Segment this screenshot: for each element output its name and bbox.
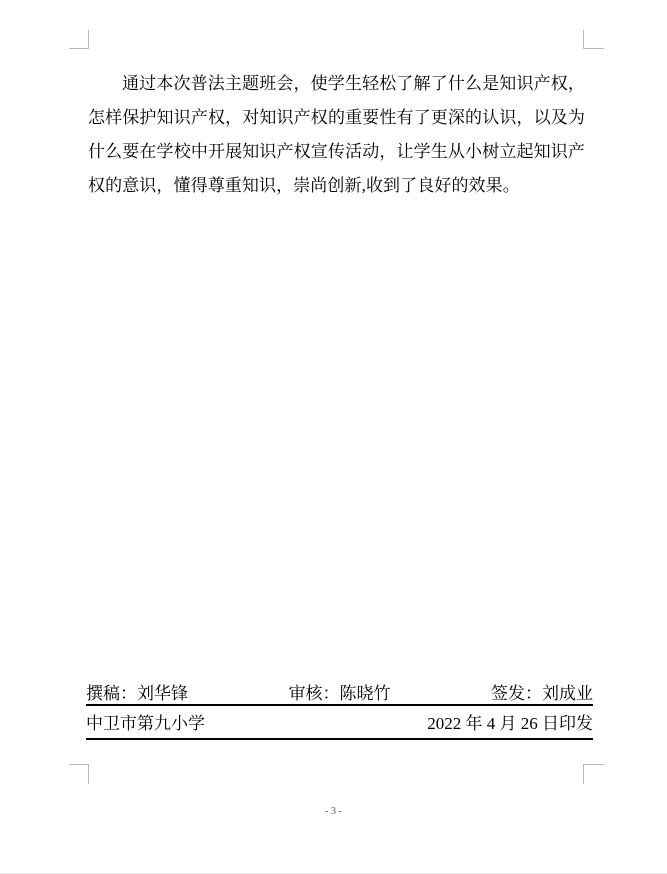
issuer-signature-entry: 签发：刘成业 bbox=[491, 684, 593, 704]
crop-mark-top-left bbox=[69, 30, 89, 49]
drafter-entry: 撰稿：刘华锋 bbox=[86, 684, 188, 704]
colophon-signers-row: 撰稿：刘华锋 审核：陈晓竹 签发：刘成业 bbox=[86, 684, 593, 706]
colophon-publisher-row: 中卫市第九小学 2022 年 4 月 26 日印发 bbox=[86, 706, 593, 740]
body-paragraph: 通过本次普法主题班会，使学生轻松了解了什么是知识产权，怎样保护知识产权，对知识产… bbox=[88, 67, 585, 203]
reviewer-entry: 审核：陈晓竹 bbox=[289, 684, 391, 704]
page-number: - 3 - bbox=[0, 806, 667, 817]
publisher-name: 中卫市第九小学 bbox=[86, 714, 205, 734]
document-page: 通过本次普法主题班会，使学生轻松了解了什么是知识产权，怎样保护知识产权，对知识产… bbox=[0, 0, 667, 874]
crop-mark-bottom-left bbox=[69, 764, 89, 784]
crop-mark-bottom-right bbox=[583, 764, 604, 784]
print-date: 2022 年 4 月 26 日印发 bbox=[427, 714, 593, 734]
crop-mark-top-right bbox=[583, 30, 604, 49]
colophon: 撰稿：刘华锋 审核：陈晓竹 签发：刘成业 中卫市第九小学 2022 年 4 月 … bbox=[86, 684, 593, 740]
